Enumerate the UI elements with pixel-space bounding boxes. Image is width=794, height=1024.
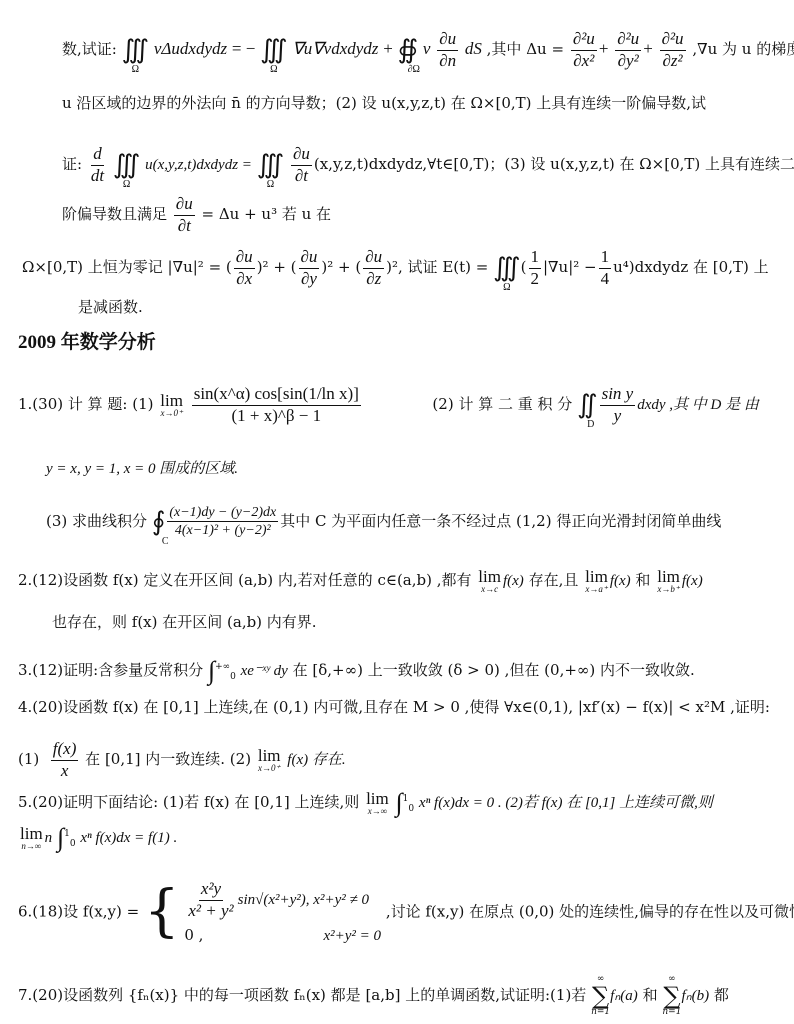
summation-icon: ∞∑n=1: [591, 975, 610, 1017]
continuation-line-2: u 沿区域的边界的外法向 n̄ 的方向导数；(2) 设 u(x,y,z,t) 在…: [62, 96, 706, 111]
problem-1: 1.(30) 计 算 题: (1) limx→0⁺ sin(x^α) cos[s…: [18, 385, 759, 425]
problem-4-line-2: (1) f(x)x 在 [0,1] 内一致连续. (2) limx→0⁺ f(x…: [18, 740, 346, 780]
problem-1-part-3: (3) 求曲线积分 ∮C(x−1)dy − (y−2)dx4(x−1)² + (…: [46, 505, 721, 539]
problem-2-line-2: 也存在，则 f(x) 在开区间 (a,b) 内有界.: [52, 615, 317, 630]
problem-4: 4.(20)设函数 f(x) 在 [0,1] 上连续,在 (0,1) 内可微,且…: [18, 700, 770, 715]
triple-integral-icon: ∭Ω: [257, 150, 285, 179]
formula: vΔudxdydz: [154, 39, 227, 58]
triple-integral-icon: ∭Ω: [493, 253, 521, 282]
problem-7: 7.(20)设函数列 {fₙ(x)} 中的每一项函数 fₙ(x) 都是 [a,b…: [18, 975, 729, 1017]
summation-icon: ∞∑n=1: [662, 975, 681, 1017]
problem-2: 2.(12)设函数 f(x) 定义在开区间 (a,b) 内,若对任意的 c∈(a…: [18, 568, 703, 594]
triple-integral-icon: ∭Ω: [260, 35, 288, 64]
fraction: ∂²u∂z²: [660, 30, 686, 70]
triple-integral-icon: ∭Ω: [122, 35, 150, 64]
continuation-line-6: 是减函数.: [78, 300, 143, 315]
continuation-line-4: 阶偏导数且满足 ∂u∂t = Δu + u³ 若 u 在: [62, 195, 331, 235]
problem-3: 3.(12)证明:含参量反常积分 ∫+∞0 xe⁻ˣʸ dy 在 [δ,+∞) …: [18, 658, 695, 684]
integral-icon: ∫: [57, 823, 64, 852]
contour-integral-icon: ∮C: [152, 507, 166, 536]
continuation-line-3: 证: ddt ∭Ω u(x,y,z,t)dxdydz = ∭Ω ∂u∂t(x,y…: [62, 145, 794, 185]
problem-1-line-2: y = x, y = 1, x = 0 围成的区域.: [46, 462, 238, 477]
piecewise-brace: {: [144, 884, 180, 940]
continuation-line-5: Ω×[0,T) 上恒为零记 |∇u|² = (∂u∂x)² + (∂u∂y)² …: [22, 248, 769, 288]
surface-integral-icon: ∯∂Ω: [398, 35, 419, 64]
integral-icon: ∫: [208, 656, 215, 685]
integral-icon: ∫: [396, 788, 403, 817]
section-title: 2009 年数学分析: [18, 333, 156, 352]
problem-6: 6.(18)设 f(x,y) = { x²yx² + y²sin√(x²+y²)…: [18, 880, 794, 944]
double-integral-icon: ∬D: [577, 390, 598, 419]
continuation-line-1: 数,试证: ∭Ω vΔudxdydz = − ∭Ω ∇u∇vdxdydz + ∯…: [62, 30, 794, 70]
fraction: ∂u∂n: [437, 30, 458, 70]
problem-5-line-2: limn→∞n ∫10 xⁿ f(x)dx = f(1) .: [18, 825, 177, 851]
text: 数,试证:: [62, 40, 117, 58]
problem-5: 5.(20)证明下面结论: (1)若 f(x) 在 [0,1] 上连续,则 li…: [18, 790, 713, 816]
fraction: ∂²u∂y²: [615, 30, 641, 70]
triple-integral-icon: ∭Ω: [113, 150, 141, 179]
fraction: ∂²u∂x²: [571, 30, 597, 70]
